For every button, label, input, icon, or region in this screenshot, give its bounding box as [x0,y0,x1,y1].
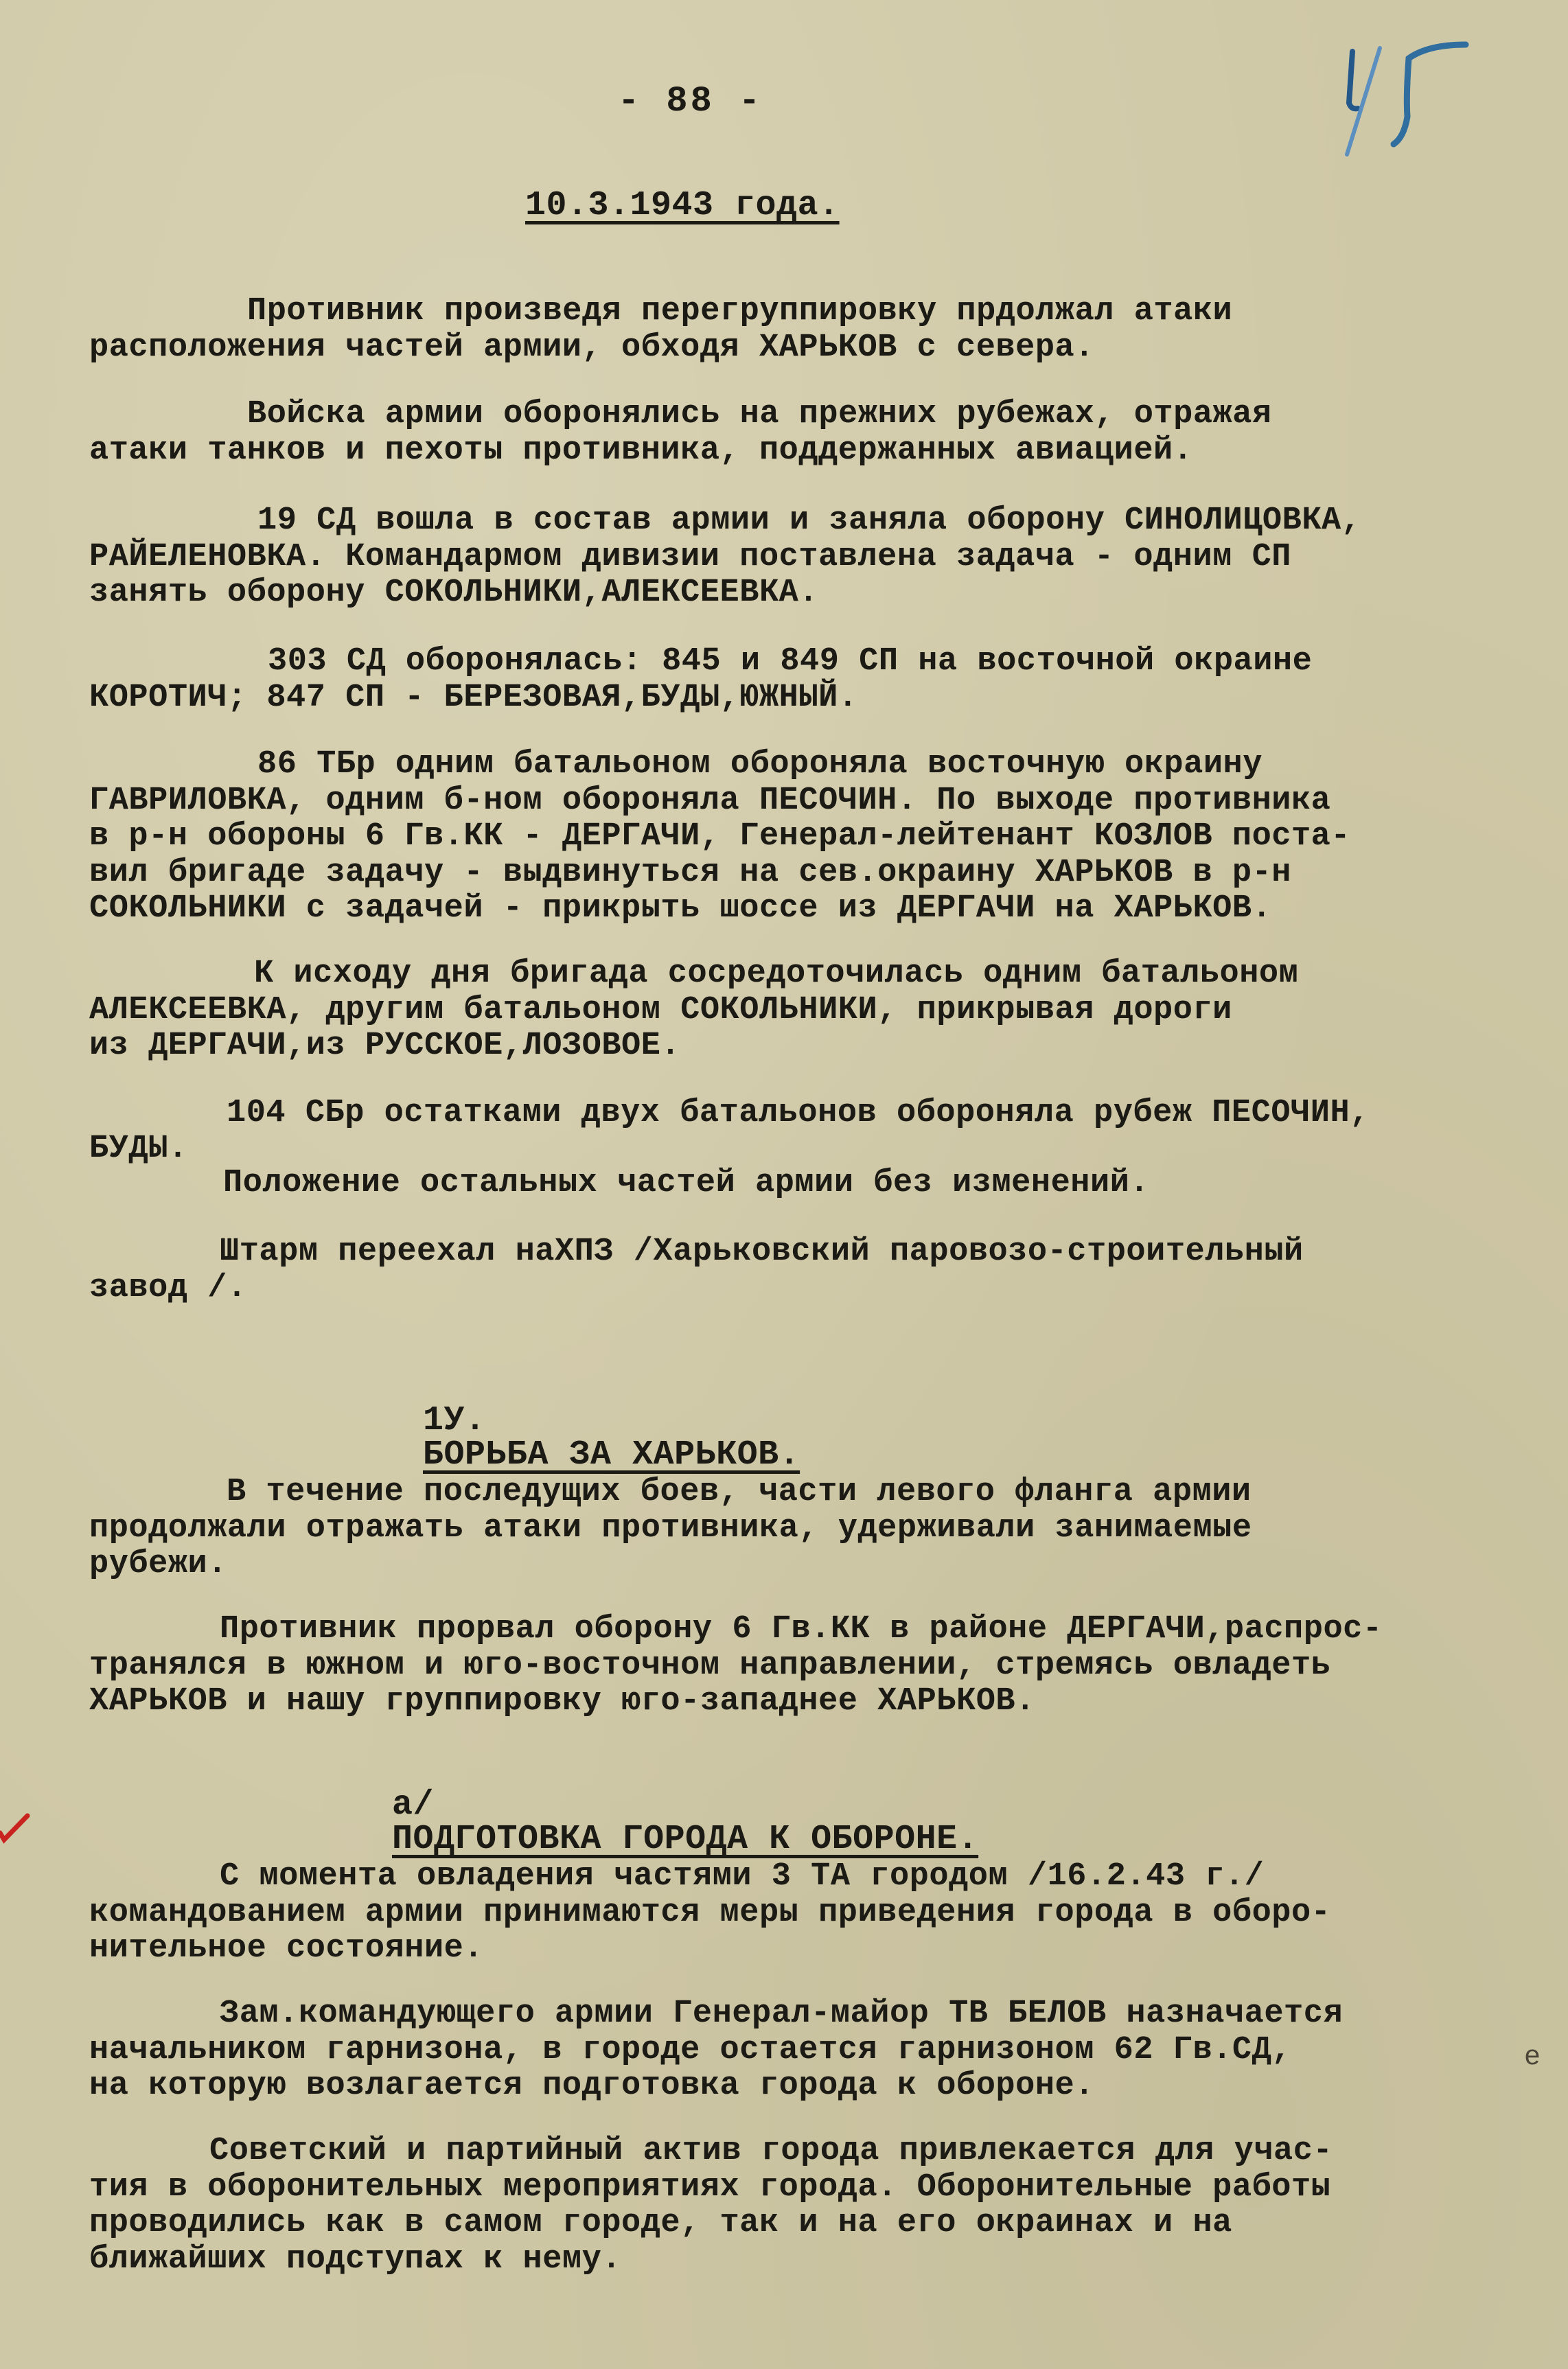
paragraph-line: 19 СД вошла в состав армии и заняла обор… [257,505,1361,537]
paragraph-line: рубежи. [89,1548,227,1580]
paragraph-line: ХАРЬКОВ и нашу группировку юго-западнее … [89,1685,1035,1718]
paragraph-line: СОКОЛЬНИКИ с задачей - прикрыть шоссе из… [89,892,1271,925]
handwritten-folio-number [1332,21,1469,158]
paragraph-line: транялся в южном и юго-восточном направл… [89,1650,1330,1682]
paragraph-line: Войска армии оборонялись на прежних рубе… [247,398,1272,430]
paragraph-line: ГАВРИЛОВКА, одним б-ном обороняла ПЕСОЧИ… [89,785,1330,817]
paragraph-line: КОРОТИЧ; 847 СП - БЕРЕЗОВАЯ,БУДЫ,ЮЖНЫЙ. [89,682,857,714]
subsection-number: а/ [392,1786,434,1825]
subsection-heading: а/ ПОДГОТОВКА ГОРОДА К ОБОРОНЕ. [350,1754,978,1857]
paragraph-line: Положение остальных частей армии без изм… [223,1167,1149,1199]
section-number: 1У. [423,1401,486,1440]
paragraph-line: 104 СБр остатками двух батальонов оборон… [227,1097,1370,1129]
paragraph-line: Зам.командующего армии Генерал-майор ТВ … [220,1998,1343,2030]
paragraph-line: вил бригаде задачу - выдвинуться на сев.… [89,857,1291,889]
page-number: - 88 - [618,81,763,122]
paragraph-line: в р-н обороны 6 Гв.КК - ДЕРГАЧИ, Генерал… [89,820,1350,853]
paragraph-line: БУДЫ. [89,1133,188,1165]
paragraph-line: продолжали отражать атаки противника, уд… [89,1512,1252,1545]
paragraph-line: Противник произведя перегруппировку прдо… [247,295,1232,327]
paragraph-line: РАЙЕЛЕНОВКА. Командармом дивизии поставл… [89,541,1291,573]
paragraph-line: атаки танков и пехоты противника, поддер… [89,435,1192,467]
subsection-title: ПОДГОТОВКА ГОРОДА К ОБОРОНЕ. [392,1820,978,1859]
section-title: БОРЬБА ЗА ХАРЬКОВ. [423,1435,800,1475]
paragraph-line: начальником гарнизона, в городе остается… [89,2034,1291,2066]
paragraph-line: 86 ТБр одним батальоном обороняла восточ… [257,748,1263,781]
date-heading: 10.3.1943 года. [525,189,840,223]
margin-mark: е [1524,2042,1541,2073]
paragraph-line: расположения частей армии, обходя ХАРЬКО… [89,332,1094,364]
paragraph-line: нительное состояние. [89,1932,483,1965]
paragraph-line: ближайших подступах к нему. [89,2243,621,2276]
paragraph-line: командованием армии принимаются меры при… [89,1897,1330,1929]
paragraph-line: К исходу дня бригада сосредоточилась одн… [254,958,1298,990]
paragraph-line: 303 СД оборонялась: 845 и 849 СП на вост… [268,645,1312,678]
paragraph-line: Штарм переехал наХПЗ /Харьковский парово… [220,1236,1304,1268]
section-heading: 1У. БОРЬБА ЗА ХАРЬКОВ. [381,1370,800,1472]
paragraph-line: из ДЕРГАЧИ,из РУССКОЕ,ЛОЗОВОЕ. [89,1030,680,1062]
paragraph-line: завод /. [89,1272,247,1304]
paragraph-line: С момента овладения частями 3 ТА городом… [220,1860,1264,1893]
paragraph-line: занять оборону СОКОЛЬНИКИ,АЛЕКСЕЕВКА. [89,577,818,609]
paragraph-line: на которую возлагается подготовка города… [89,2070,1094,2102]
paragraph-line: В течение последущих боев, части левого … [227,1476,1252,1508]
paragraph-line: Советский и партийный актив города привл… [209,2135,1333,2167]
paragraph-line: проводились как в самом городе, так и на… [89,2207,1232,2239]
paragraph-line: АЛЕКСЕЕВКА, другим батальоном СОКОЛЬНИКИ… [89,994,1232,1026]
paragraph-line: Противник прорвал оборону 6 Гв.КК в райо… [220,1613,1383,1645]
red-check-mark-icon [0,1812,34,1847]
paragraph-line: тия в оборонительных мероприятиях города… [89,2171,1330,2204]
